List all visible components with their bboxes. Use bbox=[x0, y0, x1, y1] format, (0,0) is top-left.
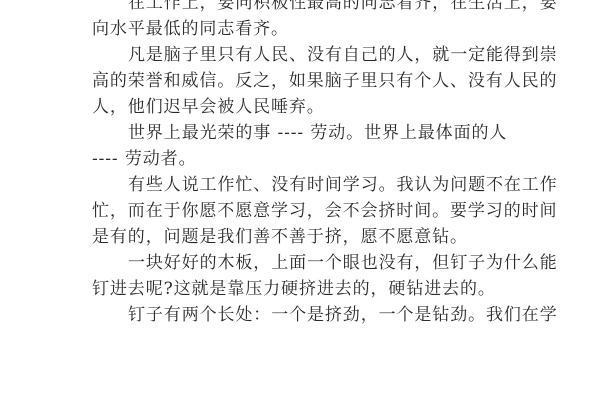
paragraph-nail-board: 一块好好的木板，上面一个眼也没有，但钉子为什么能 钉进去呢?这就是靠压力硬挤进去… bbox=[92, 250, 512, 302]
paragraph-work-life: 在工作上，要向积极性最高的同志看齐，在生活上，要 向水平最低的同志看齐。 bbox=[92, 0, 512, 42]
paragraph-nail-strengths: 钉子有两个长处：一个是挤劲，一个是钻劲。我们在学 bbox=[92, 302, 512, 328]
text-line: 一块好好的木板，上面一个眼也没有，但钉子为什么能 bbox=[92, 250, 512, 276]
text-line: ---- 劳动者。 bbox=[92, 146, 512, 172]
text-line: 向水平最低的同志看齐。 bbox=[92, 16, 512, 42]
text-line: 钉子有两个长处：一个是挤劲，一个是钻劲。我们在学 bbox=[92, 302, 512, 328]
text-line: 世界上最光荣的事 ---- 劳动。世界上最体面的人 bbox=[92, 120, 512, 146]
text-line: 是有的，问题是我们善不善于挤，愿不愿意钻。 bbox=[92, 224, 512, 250]
paragraph-labor: 世界上最光荣的事 ---- 劳动。世界上最体面的人 ---- 劳动者。 bbox=[92, 120, 512, 172]
text-line: 高的荣誉和威信。反之，如果脑子里只有个人、没有人民的 bbox=[92, 68, 512, 94]
text-line: 忙，而在于你愿不愿意学习，会不会挤时间。要学习的时间 bbox=[92, 198, 512, 224]
text-line: 钉进去呢?这就是靠压力硬挤进去的，硬钻进去的。 bbox=[92, 276, 512, 302]
paragraph-study-time: 有些人说工作忙、没有时间学习。我认为问题不在工作 忙，而在于你愿不愿意学习，会不… bbox=[92, 172, 512, 250]
document-body: 在工作上，要向积极性最高的同志看齐，在生活上，要 向水平最低的同志看齐。 凡是脑… bbox=[92, 0, 512, 328]
text-line: 在工作上，要向积极性最高的同志看齐，在生活上，要 bbox=[92, 0, 512, 16]
text-line: 人，他们迟早会被人民唾弃。 bbox=[92, 94, 512, 120]
document-page: 在工作上，要向积极性最高的同志看齐，在生活上，要 向水平最低的同志看齐。 凡是脑… bbox=[0, 0, 600, 400]
text-line: 凡是脑子里只有人民、没有自己的人，就一定能得到崇 bbox=[92, 42, 512, 68]
paragraph-people: 凡是脑子里只有人民、没有自己的人，就一定能得到崇 高的荣誉和威信。反之，如果脑子… bbox=[92, 42, 512, 120]
text-line: 有些人说工作忙、没有时间学习。我认为问题不在工作 bbox=[92, 172, 512, 198]
